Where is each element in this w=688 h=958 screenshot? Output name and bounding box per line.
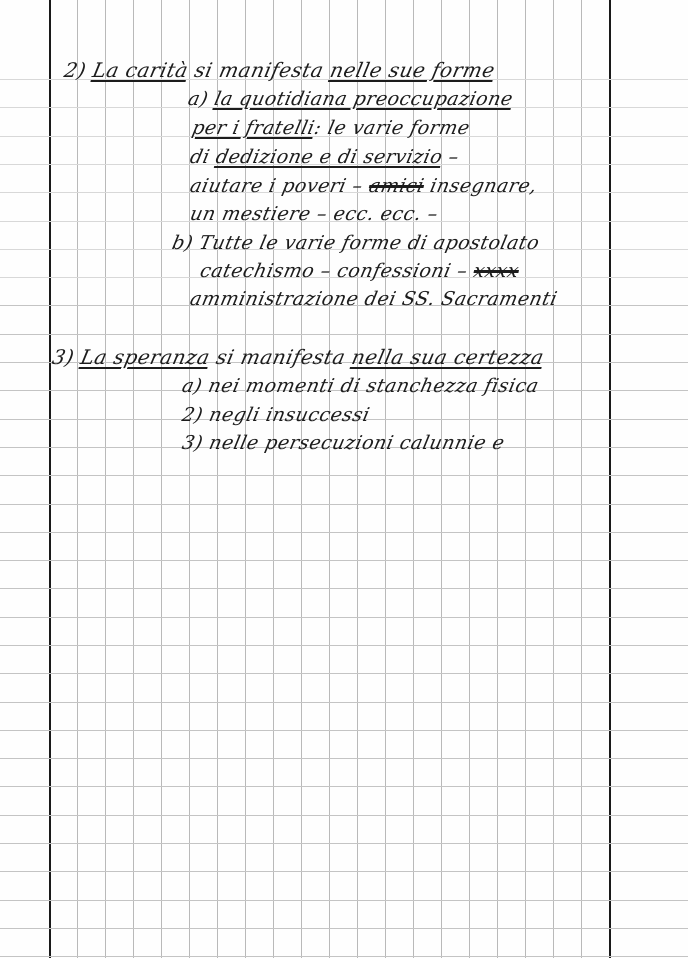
item-label: a)	[186, 88, 210, 110]
heading-text: si manifesta	[207, 345, 354, 369]
line-text: : le varie forme	[312, 117, 472, 139]
item-a-line-2: per i fratelli: le varie forme	[190, 117, 472, 139]
item-label: 3)	[180, 432, 205, 454]
line-text: nelle persecuzioni calunnie e	[207, 432, 507, 454]
grid-horizontal-line	[0, 730, 688, 731]
item-a-line-4: aiutare i poveri – amici insegnare,	[188, 175, 539, 197]
item-a-line-3: di dedizione e di servizio –	[188, 146, 461, 168]
line-text: per i fratelli	[190, 117, 317, 139]
item-b-line-2: catechismo – confessioni – xxxx	[198, 260, 521, 282]
item-label: 2)	[180, 404, 205, 426]
notebook-page: 2) La carità si manifesta nelle sue form…	[0, 0, 688, 958]
item-3-3: 3) nelle persecuzioni calunnie e	[180, 432, 507, 454]
line-text: catechismo – confessioni –	[198, 260, 476, 282]
line-text: negli insuccessi	[207, 404, 372, 426]
line-text: nei momenti di stanchezza fisica	[206, 375, 541, 397]
item-a-line-5: un mestiere – ecc. ecc. –	[188, 203, 440, 225]
section-number: 3)	[50, 345, 77, 369]
grid-horizontal-line	[0, 504, 688, 505]
heading-text: si manifesta	[186, 58, 333, 82]
struck-word: amici	[367, 175, 426, 197]
heading-subject: La carità	[90, 58, 190, 82]
heading-emphasis: nella sua certezza	[350, 345, 547, 369]
grid-horizontal-line	[0, 900, 688, 901]
struck-word: xxxx	[472, 260, 522, 282]
section-2-heading: 2) La carità si manifesta nelle sue form…	[62, 58, 497, 82]
section-3-heading: 3) La speranza si manifesta nella sua ce…	[50, 345, 546, 369]
grid-horizontal-line	[0, 673, 688, 674]
line-text: la quotidiana preoccupazione	[212, 88, 515, 110]
grid-horizontal-line	[0, 843, 688, 844]
grid-horizontal-line	[0, 956, 688, 957]
line-text: amministrazione dei SS. Sacramenti	[188, 288, 560, 310]
line-text: insegnare,	[422, 175, 540, 197]
line-text: Tutte le varie forme di apostolato	[197, 232, 541, 254]
item-3a: a) nei momenti di stanchezza fisica	[180, 375, 541, 397]
grid-horizontal-line	[0, 645, 688, 646]
grid-horizontal-line	[0, 871, 688, 872]
grid-horizontal-line	[0, 532, 688, 533]
section-number: 2)	[62, 58, 89, 82]
heading-subject: La speranza	[78, 345, 212, 369]
line-text: dedizione e di servizio	[214, 146, 445, 168]
grid-horizontal-line	[0, 786, 688, 787]
item-3-2: 2) negli insuccessi	[180, 404, 372, 426]
item-label: b)	[170, 232, 195, 254]
grid-horizontal-line	[0, 758, 688, 759]
item-label: a)	[180, 375, 204, 397]
grid-horizontal-line	[0, 475, 688, 476]
grid-horizontal-line	[0, 815, 688, 816]
grid-horizontal-line	[0, 928, 688, 929]
line-text: un mestiere – ecc. ecc. –	[188, 203, 440, 225]
grid-horizontal-line	[0, 334, 688, 335]
grid-horizontal-line	[0, 617, 688, 618]
grid-horizontal-line	[0, 588, 688, 589]
line-text: aiutare i poveri –	[188, 175, 372, 197]
grid-horizontal-line	[0, 702, 688, 703]
item-b-line-1: b) Tutte le varie forme di apostolato	[170, 232, 542, 254]
grid-horizontal-line	[0, 560, 688, 561]
item-a-line-1: a) la quotidiana preoccupazione	[186, 88, 515, 110]
heading-emphasis: nelle sue forme	[328, 58, 497, 82]
item-b-line-3: amministrazione dei SS. Sacramenti	[188, 288, 560, 310]
